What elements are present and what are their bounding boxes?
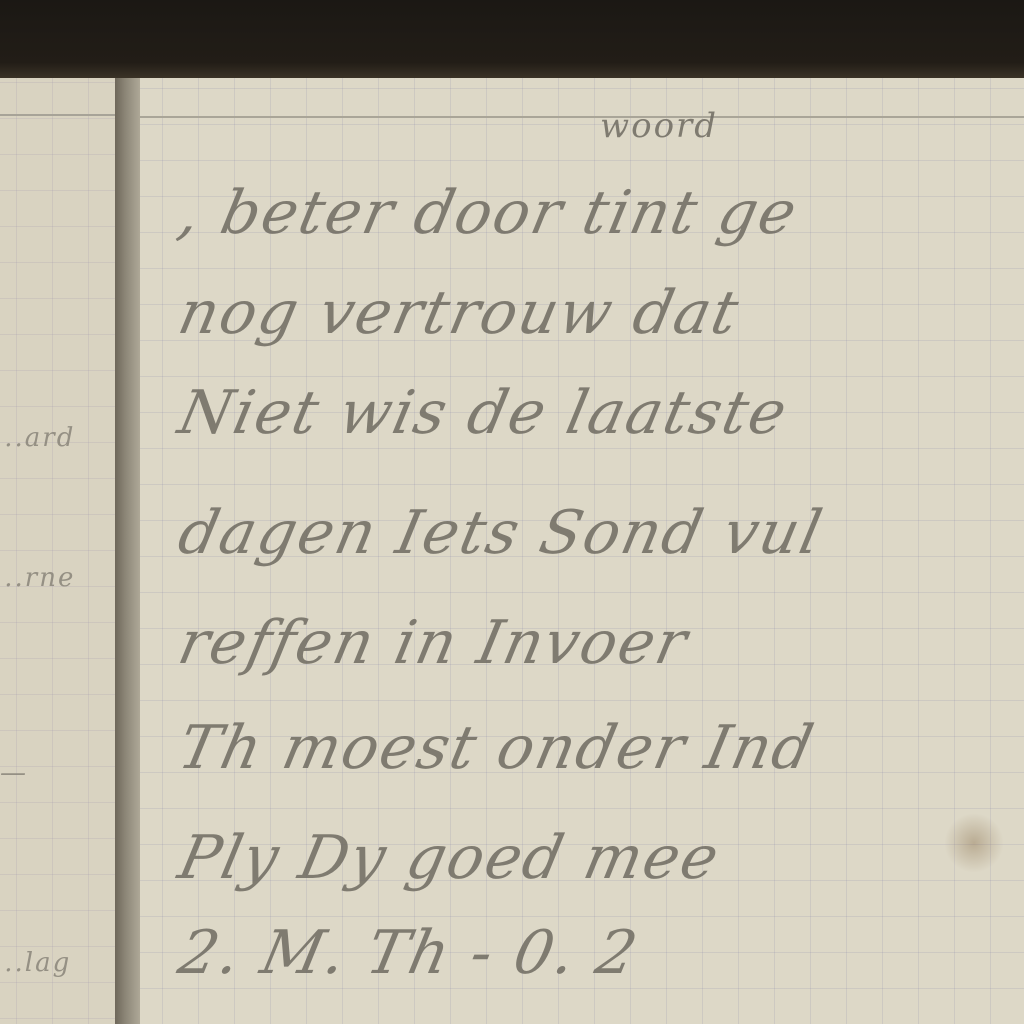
handwritten-line-7: Ply Dy goed mee [173, 823, 727, 893]
handwritten-line-3: Niet wis de laatste [173, 378, 795, 448]
top-rule-line [0, 114, 128, 116]
left-page-fragment: ...ard [0, 423, 75, 453]
handwritten-line-5: reffen in Invoer [173, 608, 695, 678]
handwritten-line-8: 2. M. Th - 0. 2 [173, 918, 645, 988]
header-word: woord [600, 106, 718, 146]
right-notebook-page: woord , beter door tint ge nog vertrouw … [140, 78, 1024, 1024]
handwritten-line-2: nog vertrouw dat [173, 278, 747, 348]
left-page-fragment: — [0, 758, 28, 788]
left-page-fragment: ...rne [0, 563, 75, 593]
top-rule-line [140, 116, 1024, 118]
handwritten-line-4: dagen Iets Sond vul [173, 498, 830, 568]
handwritten-line-6: Th moest onder Ind [173, 713, 821, 783]
left-notebook-page: ...ard ...rne — ...lag [0, 78, 128, 1024]
dark-background-above-notebook [0, 0, 1024, 78]
handwritten-line-1: , beter door tint ge [173, 178, 805, 248]
paper-stain [944, 813, 1004, 873]
left-page-fragment: ...lag [0, 948, 71, 978]
